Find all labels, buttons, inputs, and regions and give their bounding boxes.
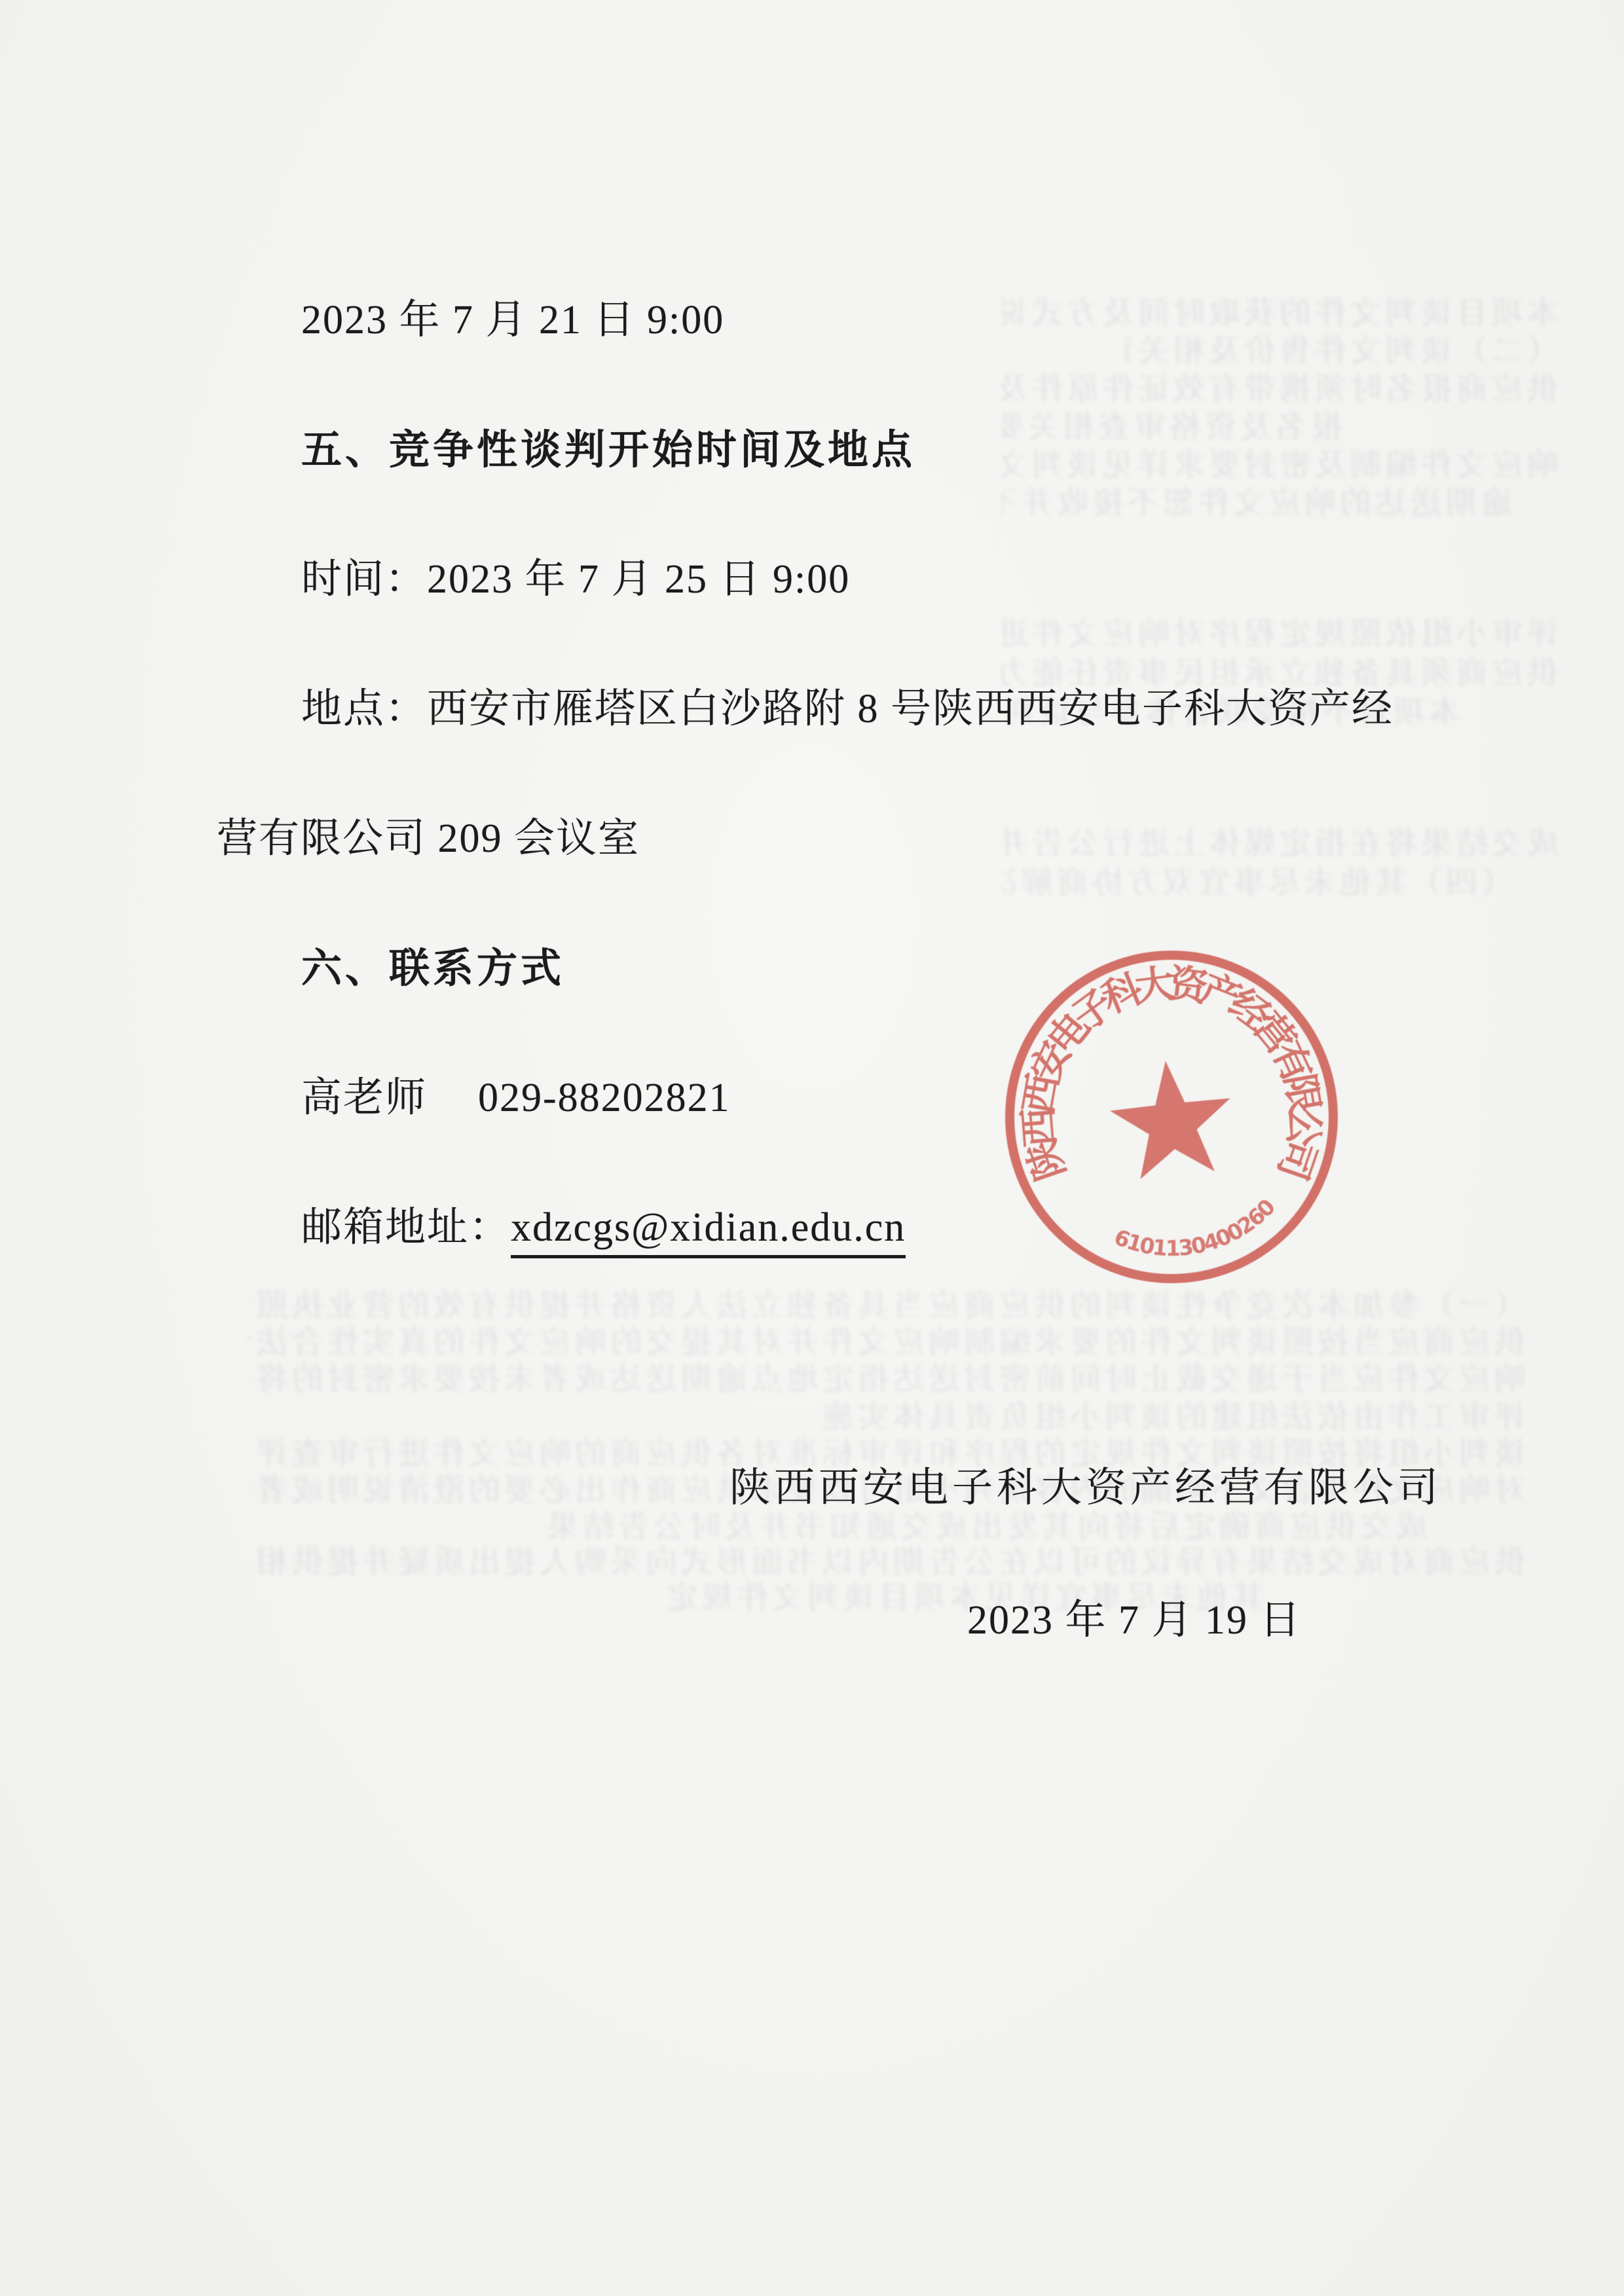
submission-deadline-line: 2023 年 7 月 21 日 9:00 (301, 296, 1624, 344)
bleedthrough-text-line: （四）其他未尽事宜双方协商解决处理 (1002, 866, 1513, 902)
bleedthrough-text-line: 响应文件应当于递交截止时间前密封送达指定地点逾期送达或者未按要求密封的将被拒绝接… (249, 1362, 1526, 1398)
negotiation-time-line: 时间：2023 年 7 月 25 日 9:00 (301, 555, 1624, 604)
contact-phone: 029-88202821 (478, 1076, 731, 1120)
bleedthrough-layer: 本项目谈判文件的获取时间及方式说明条款内容（二）谈判文件售价及相关说明事项供应商… (0, 0, 1624, 2296)
negotiation-location-line-1: 地点：西安市雁塔区白沙路附 8 号陕西西安电子科大资产经 (301, 685, 1624, 733)
section-six-heading: 六、联系方式 (301, 944, 1624, 993)
bleedthrough-text-line: 供应商报名时须携带有效证件原件及复印件材料 (1002, 372, 1559, 409)
bleedthrough-text-line: 成交供应商确定后将向其发出成交通知书并及时公告结果 (445, 1510, 1428, 1546)
bleedthrough-text-line: 评审工作由依法组建的谈判小组负责具体实施 (707, 1400, 1526, 1436)
bleedthrough-text-line: 供应商对成交结果有异议的可以在公告期内以书面形式向采购人提出质疑并提供相关的证明… (249, 1545, 1526, 1582)
email-line: 邮箱地址：xdzcgs@xidian.edu.cn (301, 1203, 1624, 1252)
email-label: 邮箱地址： (301, 1205, 511, 1250)
signature-date: 2023 年 7 月 19 日 (967, 1596, 1624, 1645)
negotiation-location-line-2: 营有限公司 209 会议室 (217, 814, 1624, 863)
section-five-heading: 五、竞争性谈判开始时间及地点 (301, 426, 1624, 474)
bleedthrough-text-line: 逾期送达的响应文件恕不接收并不予受理 (1002, 486, 1513, 522)
contact-name: 高老师 (301, 1076, 427, 1120)
email-address: xdzcgs@xidian.edu.cn (511, 1205, 906, 1258)
bleedthrough-text-line: 评审小组依照规定程序对响应文件进行评审核查 (1002, 617, 1559, 653)
scanned-document-page: 本项目谈判文件的获取时间及方式说明条款内容（二）谈判文件售价及相关说明事项供应商… (0, 0, 1624, 2296)
bleedthrough-text-line: 供应商应当按照谈判文件的要求编制响应文件并对其提交的响应文件的真实性合法性承担法… (249, 1325, 1526, 1362)
signature-company-name: 陕西西安电子科大资产经营有限公司 (729, 1464, 1624, 1512)
contact-line: 高老师029-88202821 (301, 1074, 1624, 1122)
